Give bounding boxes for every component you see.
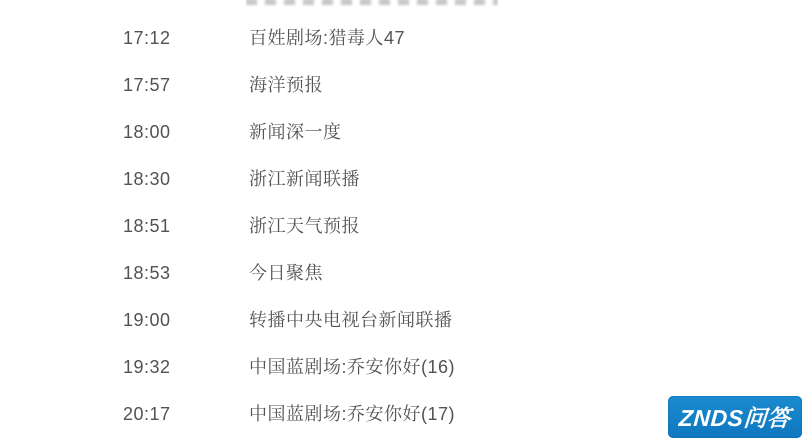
tv-schedule-screen: 17:12百姓剧场:猎毒人4717:57海洋预报18:00新闻深一度18:30浙… xyxy=(0,0,811,447)
program-time: 20:17 xyxy=(123,403,249,425)
program-title: 转播中央电视台新闻联播 xyxy=(249,309,453,331)
program-title: 新闻深一度 xyxy=(249,121,342,143)
program-list: 17:12百姓剧场:猎毒人4717:57海洋预报18:00新闻深一度18:30浙… xyxy=(0,27,811,447)
schedule-row[interactable]: 18:00新闻深一度 xyxy=(0,121,811,168)
znds-watermark-label: ZNDS问答 xyxy=(678,400,792,433)
program-time: 19:00 xyxy=(123,309,249,331)
program-title: 浙江天气预报 xyxy=(249,215,360,237)
schedule-row[interactable]: 17:12百姓剧场:猎毒人47 xyxy=(0,27,811,74)
program-title: 今日聚焦 xyxy=(249,262,323,284)
schedule-row[interactable]: 18:51浙江天气预报 xyxy=(0,215,811,262)
program-time: 18:53 xyxy=(123,262,249,284)
clipped-row-top xyxy=(246,0,498,7)
clipped-text-smudge xyxy=(246,0,498,5)
znds-watermark-badge: ZNDS问答 xyxy=(668,396,802,438)
program-title: 百姓剧场:猎毒人47 xyxy=(249,27,405,49)
program-time: 18:51 xyxy=(123,215,249,237)
program-time: 18:00 xyxy=(123,121,249,143)
program-time: 17:12 xyxy=(123,27,249,49)
program-title: 中国蓝剧场:乔安你好(17) xyxy=(249,403,455,425)
schedule-row[interactable]: 18:30浙江新闻联播 xyxy=(0,168,811,215)
program-title: 浙江新闻联播 xyxy=(249,168,360,190)
program-time: 18:30 xyxy=(123,168,249,190)
schedule-row[interactable]: 17:57海洋预报 xyxy=(0,74,811,121)
program-time: 17:57 xyxy=(123,74,249,96)
program-time: 19:32 xyxy=(123,356,249,378)
program-title: 中国蓝剧场:乔安你好(16) xyxy=(249,356,455,378)
schedule-row[interactable]: 19:00转播中央电视台新闻联播 xyxy=(0,309,811,356)
program-title: 海洋预报 xyxy=(249,74,323,96)
schedule-row[interactable]: 18:53今日聚焦 xyxy=(0,262,811,309)
